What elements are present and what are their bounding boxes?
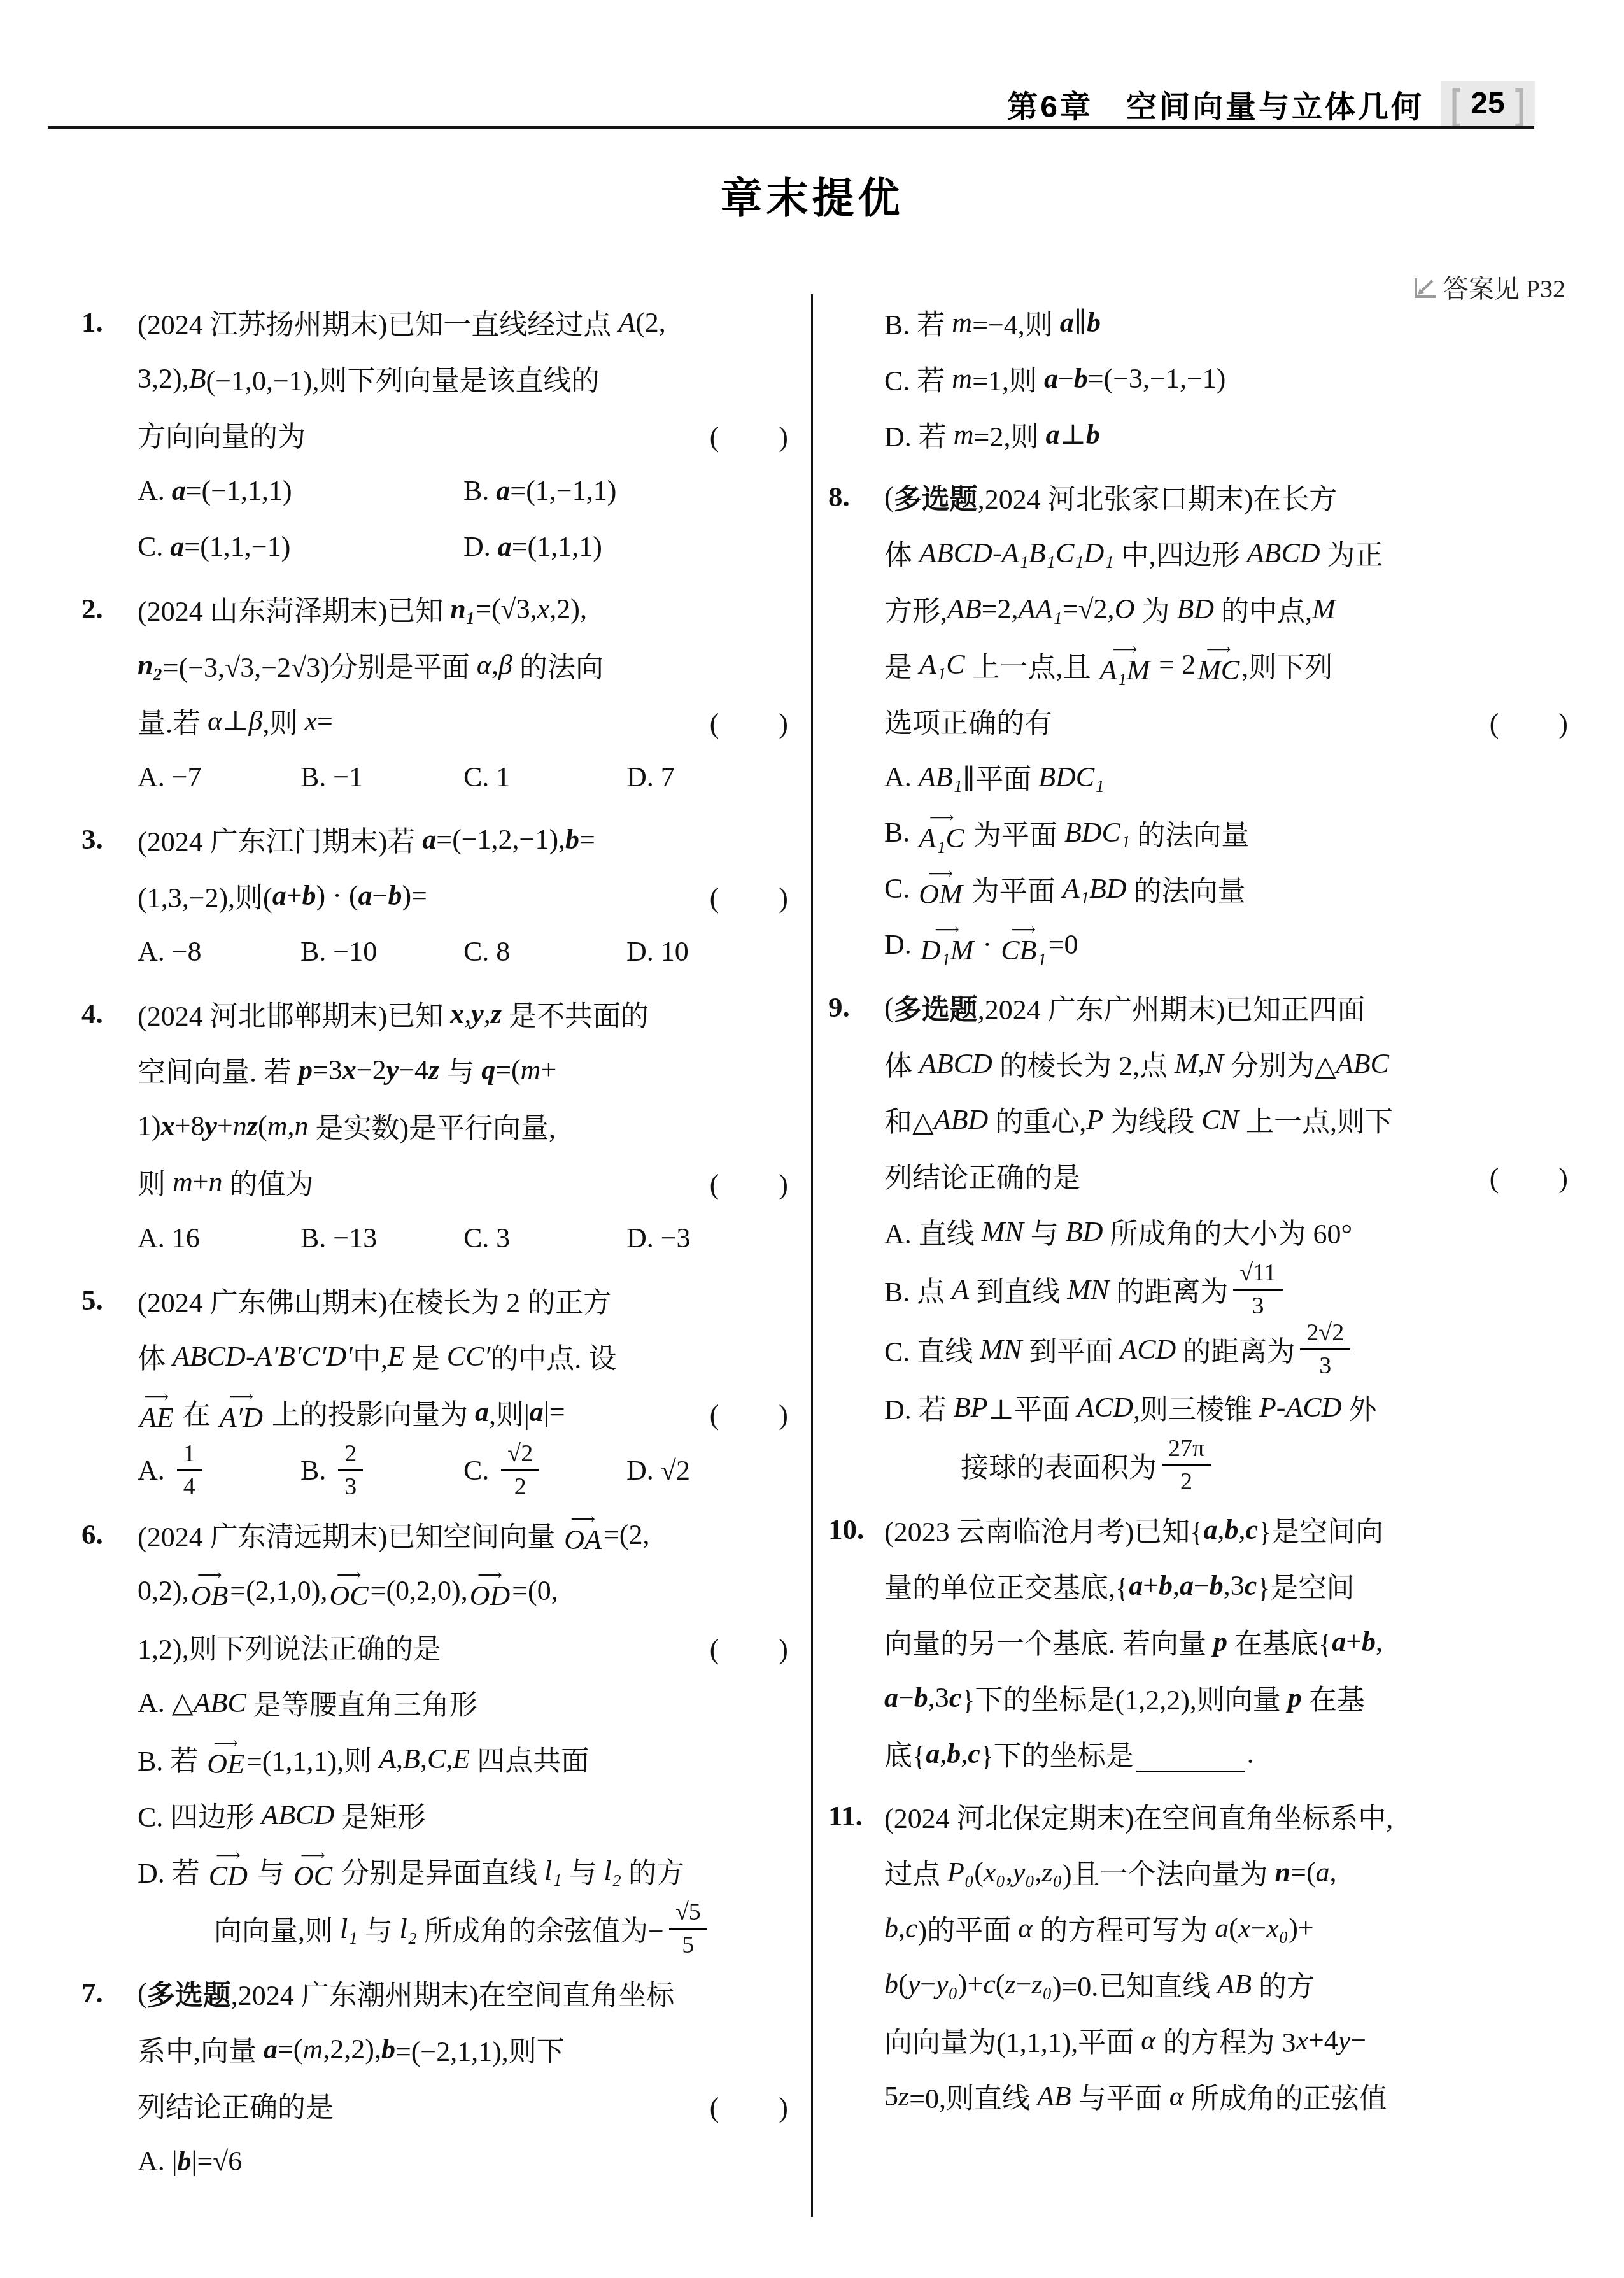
math-var: N bbox=[1205, 1047, 1224, 1080]
line-content: (多选题,2024 广东潮州期末)在空间直角坐标 bbox=[138, 1972, 674, 2013]
math-var: z₀ bbox=[1031, 1968, 1052, 2000]
math-bold-var: a bbox=[172, 474, 186, 507]
vector-name: AE bbox=[139, 1404, 174, 1431]
text: 列结论正确的是 bbox=[884, 1155, 1080, 1196]
math-var: ACD bbox=[1120, 1333, 1176, 1366]
math-var: BD bbox=[1066, 1215, 1103, 1248]
text: 在 bbox=[176, 1392, 218, 1433]
problem-line: D. 若 BP⊥平面 ACD,则三棱锥 P-ACD 外 bbox=[884, 1379, 1569, 1435]
problem-line: 空间向量. 若 p=3x−2y−4z 与 q=(m+ bbox=[138, 1042, 789, 1098]
math-var: a bbox=[1215, 1912, 1229, 1944]
text: + bbox=[217, 1110, 233, 1142]
problem-line: 量.若 α⊥β,则 x=( ) bbox=[138, 693, 789, 749]
text: D. bbox=[884, 928, 919, 961]
text: , bbox=[1198, 1047, 1205, 1080]
text: ,2024 广东潮州期末)在空间直角坐标 bbox=[231, 1972, 675, 2013]
text: 四点共面 bbox=[470, 1738, 589, 1779]
text: 过点 bbox=[884, 1851, 947, 1892]
text: 外 bbox=[1341, 1387, 1376, 1427]
option-cell: D. a=(1,1,1) bbox=[463, 530, 789, 563]
text: 的方程为 3 bbox=[1155, 2020, 1296, 2060]
vector-notation: ⟶OB bbox=[191, 1567, 229, 1609]
text: · bbox=[976, 928, 999, 961]
vector-notation: ⟶CD bbox=[209, 1848, 248, 1890]
line-content: 是 A₁C 上一点,且 ⟶A₁M = 2⟶MC,则下列 bbox=[884, 644, 1332, 686]
vector-notation: ⟶AE bbox=[139, 1389, 174, 1431]
text: B. 若 bbox=[884, 302, 952, 343]
text: (2024 广东江门期末)若 bbox=[138, 819, 422, 860]
line-content: D. 若 m=2,则 a⊥b bbox=[884, 414, 1100, 455]
problem-line: b,c)的平面 α 的方程可写为 a(x−x₀)+ bbox=[884, 1900, 1569, 1956]
math-var: α bbox=[477, 649, 491, 681]
text: 的方 bbox=[621, 1850, 684, 1891]
header-rule bbox=[48, 126, 1534, 129]
text: ,则 bbox=[262, 700, 304, 741]
math-bold-var: b bbox=[302, 879, 316, 912]
text: 是 bbox=[884, 644, 919, 685]
line-content: 3,2),B(−1,0,−1),则下列向量是该直线的 bbox=[138, 358, 599, 399]
text: 是等腰直角三角形 bbox=[246, 1682, 477, 1723]
answer-blank bbox=[1136, 1743, 1245, 1772]
line-content: 量.若 α⊥β,则 x= bbox=[138, 700, 333, 741]
fraction-numerator: 27π bbox=[1162, 1435, 1211, 1466]
problem-line: 列结论正确的是( ) bbox=[138, 2077, 789, 2133]
text: ,2), bbox=[549, 593, 587, 625]
text: + bbox=[286, 879, 302, 912]
text: D. 10 bbox=[626, 935, 689, 968]
math-var: c bbox=[983, 1968, 996, 2000]
vector-name: OA bbox=[564, 1527, 602, 1553]
fraction-numerator: 1 bbox=[177, 1440, 202, 1471]
option-cell: A. 14 bbox=[138, 1440, 300, 1500]
math-var: b bbox=[884, 1912, 898, 1944]
text: , bbox=[464, 998, 471, 1030]
line-content: ⟶AE 在 ⟶A′D 上的投影向量为 a,则|a|= bbox=[138, 1391, 565, 1433]
text: 体 bbox=[884, 1043, 919, 1084]
text: |=√6 bbox=[192, 2145, 243, 2177]
text: =0 bbox=[1049, 928, 1078, 961]
text: , bbox=[484, 998, 491, 1030]
text: )且一个法向量为 bbox=[1063, 1851, 1275, 1892]
math-var: E bbox=[453, 1743, 470, 1775]
math-var: β bbox=[249, 705, 263, 737]
problem-line: C. 若 m=1,则 a−b=(−3,−1,−1) bbox=[884, 350, 1569, 406]
text: =(−2,1,1),则下 bbox=[395, 2028, 565, 2069]
math-bold-var: a bbox=[530, 1396, 544, 1428]
math-var: z bbox=[1005, 1968, 1016, 2000]
math-var: x bbox=[537, 593, 550, 625]
problem-line: (多选题,2024 河北张家口期末)在长方 bbox=[884, 469, 1569, 525]
math-var: x₀ bbox=[984, 1856, 1006, 1888]
text: D. 若 bbox=[884, 414, 954, 455]
text: 的值为 bbox=[223, 1161, 314, 1202]
math-bold-var: a bbox=[358, 879, 372, 912]
two-column-layout: 1.(2024 江苏扬州期末)已知一直线经过点 A(2,3,2),B(−1,0,… bbox=[81, 294, 1569, 2217]
fraction: 2√23 bbox=[1300, 1319, 1350, 1379]
fraction-denominator: 3 bbox=[1319, 1350, 1331, 1380]
line-content: C. ⟶OM 为平面 A₁BD 的法向量 bbox=[884, 868, 1246, 910]
page-title: 章末提优 bbox=[0, 164, 1624, 225]
text: =(1,−1,1) bbox=[510, 474, 616, 507]
problem-line: 体 ABCD-A₁B₁C₁D₁ 中,四边形 ABCD 为正 bbox=[884, 525, 1569, 581]
text: =(0,2,0), bbox=[371, 1574, 468, 1607]
text: (2024 山东菏泽期末)已知 bbox=[138, 588, 450, 629]
text: =( bbox=[278, 2033, 302, 2065]
option-cell: B. −1 bbox=[300, 761, 463, 793]
fraction: √22 bbox=[501, 1440, 539, 1500]
problem-line: B. 若 ⟶OE=(1,1,1),则 A,B,C,E 四点共面 bbox=[138, 1730, 789, 1786]
text: , bbox=[1035, 1856, 1042, 1888]
text: A. bbox=[138, 1454, 172, 1487]
problem-line: (多选题,2024 广东潮州期末)在空间直角坐标 bbox=[138, 1965, 789, 2021]
line-content: A. |b|=√6 bbox=[138, 2145, 242, 2177]
text: −2 bbox=[357, 1054, 386, 1086]
problem-item: 8.(多选题,2024 河北张家口期末)在长方体 ABCD-A₁B₁C₁D₁ 中… bbox=[828, 469, 1569, 973]
line-content: 系中,向量 a=(m,2,2),b=(−2,1,1),则下 bbox=[138, 2028, 565, 2069]
text: =(2,1,0), bbox=[230, 1574, 327, 1607]
text: )+ bbox=[1289, 1912, 1313, 1944]
problem-item: 3.(2024 广东江门期末)若 a=(−1,2,−1),b=(1,3,−2),… bbox=[81, 811, 789, 979]
option-cell: A. 16 bbox=[138, 1222, 300, 1254]
math-var: ABCD bbox=[261, 1799, 334, 1831]
line-content: D. 若 BP⊥平面 ACD,则三棱锥 P-ACD 外 bbox=[884, 1387, 1376, 1427]
text: =(√3, bbox=[476, 593, 537, 625]
text: =0,则直线 bbox=[909, 2076, 1037, 2116]
problem-line: b(y−y₀)+c(z−z₀)=0.已知直线 AB 的方 bbox=[884, 1956, 1569, 2012]
option-cell: B. a=(1,−1,1) bbox=[463, 474, 789, 507]
problem-line: 是 A₁C 上一点,且 ⟶A₁M = 2⟶MC,则下列 bbox=[884, 637, 1569, 693]
line-content: 向量的另一个基底. 若向量 p 在基底{a+b, bbox=[884, 1621, 1383, 1662]
problem-line: 体 ABCD 的棱长为 2,点 M,N 分别为△ABC bbox=[884, 1035, 1569, 1091]
text: B. −1 bbox=[300, 761, 363, 793]
line-content: (1,3,−2),则(a+b) · (a−b)= bbox=[138, 875, 427, 916]
math-var: z₀ bbox=[1042, 1856, 1063, 1888]
text: C. bbox=[884, 872, 917, 905]
problem-line: 方形,AB=2,AA₁=√2,O 为 BD 的中点,M bbox=[884, 581, 1569, 637]
line-content: 列结论正确的是 bbox=[884, 1155, 1080, 1196]
badge-right-bracket: ] bbox=[1515, 83, 1525, 125]
text: 空间向量. 若 bbox=[138, 1049, 299, 1090]
math-var: AB bbox=[1217, 1968, 1252, 2000]
math-var: C bbox=[427, 1743, 446, 1775]
line-content: a−b,3c}下的坐标是(1,2,2),则向量 p 在基 bbox=[884, 1677, 1365, 1718]
math-var: A′B′C′D′ bbox=[255, 1340, 353, 1373]
vector-name: OM bbox=[919, 881, 962, 908]
answer-paren: ( ) bbox=[710, 700, 789, 741]
text: =√2, bbox=[1063, 593, 1115, 625]
text: B. 点 bbox=[884, 1269, 952, 1310]
text: 底{ bbox=[884, 1733, 926, 1774]
text: , bbox=[1238, 1513, 1245, 1546]
vector-notation: ⟶OE bbox=[207, 1736, 244, 1778]
text: 中, bbox=[353, 1336, 388, 1376]
text: ,2024 河北张家口期末)在长方 bbox=[978, 476, 1338, 517]
line-content: (多选题,2024 广东广州期末)已知正四面 bbox=[884, 987, 1365, 1028]
text: B. bbox=[463, 474, 496, 507]
text: 选项正确的有 bbox=[884, 700, 1052, 741]
line-content: 和△ABD 的重心,P 为线段 CN 上一点,则下 bbox=[884, 1099, 1393, 1140]
option-cell: C. √22 bbox=[463, 1440, 626, 1500]
problem-number: 6. bbox=[81, 1506, 103, 1562]
math-bold-var: x bbox=[161, 1110, 175, 1142]
math-var: ABCD bbox=[919, 537, 992, 569]
line-content: (2024 广东佛山期末)在棱长为 2 的正方 bbox=[138, 1280, 611, 1320]
math-bold-var: a bbox=[1060, 306, 1074, 339]
math-var: ACD bbox=[1077, 1391, 1133, 1424]
problem-line: (2024 河北邯郸期末)已知 x,y,z 是不共面的 bbox=[138, 986, 789, 1042]
text: C. 1 bbox=[463, 761, 510, 793]
vector-notation: ⟶OM bbox=[919, 866, 962, 908]
math-var: M bbox=[1175, 1047, 1198, 1080]
emphasis-bold: 多选题 bbox=[894, 476, 978, 517]
line-content: 量的单位正交基底,{a+b,a−b,3c}是空间 bbox=[884, 1565, 1354, 1606]
problem-number: 11. bbox=[828, 1788, 863, 1844]
text: (−1,0,−1),则下列向量是该直线的 bbox=[206, 358, 600, 399]
text: 与 bbox=[250, 1850, 292, 1891]
line-content: B. 若 m=−4,则 a∥b bbox=[884, 302, 1101, 343]
vector-notation: ⟶OD bbox=[470, 1567, 511, 1609]
math-bold-var: b bbox=[381, 2033, 395, 2065]
problem-line: (2024 广东清远期末)已知空间向量 ⟶OA=(2, bbox=[138, 1506, 789, 1562]
text: − bbox=[1250, 1912, 1266, 1944]
text: 与平面 bbox=[1071, 2076, 1169, 2116]
math-bold-var: b bbox=[1087, 306, 1101, 339]
problem-line: a−b,3c}下的坐标是(1,2,2),则向量 p 在基 bbox=[884, 1669, 1569, 1725]
text: + bbox=[540, 1054, 556, 1086]
text: , bbox=[420, 1743, 427, 1775]
text: =3 bbox=[313, 1054, 342, 1086]
problem-item: 2.(2024 山东菏泽期末)已知 n₁=(√3,x,2),n₂=(−3,√3,… bbox=[81, 581, 789, 805]
math-var: l₂ bbox=[604, 1855, 622, 1887]
text: =−4,则 bbox=[972, 302, 1060, 343]
vector-notation: ⟶A₁M bbox=[1100, 642, 1150, 684]
text: =2,则 bbox=[974, 414, 1046, 455]
math-bold-var: c bbox=[968, 1737, 980, 1770]
text: =2, bbox=[982, 593, 1019, 625]
math-bold-var: a bbox=[264, 2033, 278, 2065]
math-bold-var: z bbox=[247, 1110, 258, 1142]
text: )的平面 bbox=[918, 1907, 1019, 1948]
option-cell: B. −13 bbox=[300, 1222, 463, 1254]
text: , bbox=[396, 1743, 403, 1775]
problem-item: B. 若 m=−4,则 a∥bC. 若 m=1,则 a−b=(−3,−1,−1)… bbox=[828, 294, 1569, 462]
problem-number: 7. bbox=[81, 1965, 103, 2021]
math-var: A bbox=[379, 1743, 396, 1775]
text: , bbox=[1330, 1856, 1337, 1888]
math-bold-var: a bbox=[170, 530, 184, 563]
text: 到平面 bbox=[1022, 1329, 1120, 1369]
problem-number: 5. bbox=[81, 1272, 103, 1328]
math-var: E bbox=[388, 1340, 405, 1373]
vector-notation: ⟶D₁M bbox=[921, 922, 974, 964]
vector-name: OE bbox=[207, 1751, 244, 1778]
text: 所成角的余弦值为− bbox=[417, 1908, 664, 1949]
math-var: c bbox=[905, 1912, 918, 1944]
fraction-numerator: √5 bbox=[669, 1899, 707, 1930]
math-var: CC′ bbox=[447, 1340, 490, 1373]
text: , bbox=[940, 1737, 947, 1770]
problem-line: 过点 P₀(x₀,y₀,z₀)且一个法向量为 n=(a, bbox=[884, 1844, 1569, 1900]
text: 系中,向量 bbox=[138, 2028, 264, 2069]
vector-name: A₁C bbox=[919, 825, 964, 852]
math-var: BD bbox=[1176, 593, 1214, 625]
math-var: A bbox=[618, 306, 635, 339]
text: 的法向 bbox=[512, 644, 604, 685]
line-content: D. ⟶D₁M · ⟶CB₁=0 bbox=[884, 924, 1078, 966]
problem-line: 向量的另一个基底. 若向量 p 在基底{a+b, bbox=[884, 1613, 1569, 1669]
math-bold-var: y bbox=[204, 1110, 217, 1142]
text: 5 bbox=[884, 2080, 898, 2112]
math-var: α bbox=[208, 705, 222, 737]
text: 的重心, bbox=[988, 1099, 1086, 1140]
fraction-denominator: 3 bbox=[1252, 1291, 1264, 1320]
math-bold-var: b bbox=[388, 879, 402, 912]
text: =1,则 bbox=[972, 358, 1044, 399]
vector-notation: ⟶CB₁ bbox=[1001, 922, 1047, 964]
line-content: b(y−y₀)+c(z−z₀)=0.已知直线 AB 的方 bbox=[884, 1963, 1315, 2004]
math-var: AB bbox=[1037, 2080, 1071, 2112]
problem-line: (2024 广东江门期末)若 a=(−1,2,−1),b= bbox=[138, 811, 789, 867]
text: =(1,1,1),则 bbox=[246, 1738, 379, 1779]
problem-item: 9.(多选题,2024 广东广州期末)已知正四面体 ABCD 的棱长为 2,点 … bbox=[828, 979, 1569, 1495]
line-content: (2024 江苏扬州期末)已知一直线经过点 A(2, bbox=[138, 302, 666, 343]
problem-line: A. a=(−1,1,1)B. a=(1,−1,1) bbox=[138, 462, 789, 518]
text: ( bbox=[996, 1968, 1005, 2000]
option-cell: A. a=(−1,1,1) bbox=[138, 474, 463, 507]
page-number: 25 bbox=[1471, 88, 1504, 119]
text: 是矩形 bbox=[334, 1794, 425, 1835]
text: 1) bbox=[138, 1110, 161, 1142]
text: )+ bbox=[958, 1968, 983, 2000]
text: , bbox=[961, 1737, 968, 1770]
problem-number: 1. bbox=[81, 294, 103, 350]
text: ,2,2), bbox=[323, 2033, 381, 2065]
fraction-denominator: 2 bbox=[514, 1471, 526, 1501]
text: D. 7 bbox=[626, 761, 675, 793]
line-content: C. 若 m=1,则 a−b=(−3,−1,−1) bbox=[884, 358, 1225, 399]
problem-line: 3,2),B(−1,0,−1),则下列向量是该直线的 bbox=[138, 350, 789, 406]
page-number-badge: [ 25 ] bbox=[1441, 81, 1535, 126]
problem-item: 7.(多选题,2024 广东潮州期末)在空间直角坐标系中,向量 a=(m,2,2… bbox=[81, 1965, 789, 2189]
problem-line: (2024 山东菏泽期末)已知 n₁=(√3,x,2), bbox=[138, 581, 789, 637]
problem-line: 系中,向量 a=(m,2,2),b=(−2,1,1),则下 bbox=[138, 2021, 789, 2077]
text: ⊥ bbox=[1059, 418, 1085, 451]
math-bold-var: a bbox=[926, 1737, 940, 1770]
text: 方向向量的为 bbox=[138, 414, 306, 455]
problem-item: 11.(2024 河北保定期末)在空间直角坐标系中,过点 P₀(x₀,y₀,z₀… bbox=[828, 1788, 1569, 2124]
math-var: m bbox=[952, 306, 972, 339]
line-content: (2023 云南临沧月考)已知{a,b,c}是空间向 bbox=[884, 1509, 1383, 1550]
line-content: b,c)的平面 α 的方程可写为 a(x−x₀)+ bbox=[884, 1907, 1314, 1948]
text: 所成角的正弦值 bbox=[1184, 2076, 1387, 2116]
text: =(−3,−1,−1) bbox=[1088, 362, 1226, 395]
math-bold-var: a bbox=[475, 1396, 489, 1428]
text: 的中点, bbox=[1214, 588, 1312, 629]
text: , bbox=[446, 1743, 453, 1775]
math-bold-var: b bbox=[947, 1737, 961, 1770]
problem-item: 10.(2023 云南临沧月考)已知{a,b,c}是空间向量的单位正交基底,{a… bbox=[828, 1501, 1569, 1781]
option-cell: B. −10 bbox=[300, 935, 463, 968]
math-var: n bbox=[209, 1166, 223, 1198]
text: − bbox=[1058, 362, 1074, 395]
line-content: 体 ABCD-A′B′C′D′中,E 是 CC′的中点. 设 bbox=[138, 1336, 616, 1376]
line-content: n₂=(−3,√3,−2√3)分别是平面 α,β 的法向 bbox=[138, 644, 604, 685]
vector-name: CD bbox=[209, 1863, 248, 1890]
text: ∥平面 bbox=[963, 756, 1038, 797]
math-var: MN bbox=[982, 1215, 1024, 1248]
text: , bbox=[1376, 1625, 1383, 1658]
math-var: l₁ bbox=[340, 1913, 358, 1945]
math-bold-var: a bbox=[498, 530, 512, 563]
math-var: l₂ bbox=[400, 1913, 418, 1945]
text: 中,四边形 bbox=[1114, 532, 1247, 573]
text: ( bbox=[974, 1856, 984, 1888]
line-content: 体 ABCD-A₁B₁C₁D₁ 中,四边形 ABCD 为正 bbox=[884, 532, 1383, 573]
line-content: D. 若 ⟶CD 与 ⟶OC 分别是异面直线 l₁ 与 l₂ 的方 bbox=[138, 1850, 684, 1892]
text: B. 若 bbox=[138, 1738, 205, 1779]
math-var: A₁C bbox=[919, 648, 965, 681]
problem-line: (2024 河北保定期末)在空间直角坐标系中, bbox=[884, 1788, 1569, 1844]
math-var: BDC₁ bbox=[1038, 761, 1104, 793]
text: ( bbox=[258, 1110, 267, 1142]
text: 与 bbox=[1024, 1211, 1066, 1252]
math-bold-var: a bbox=[1044, 362, 1058, 395]
math-var: m bbox=[952, 362, 972, 395]
math-var: α bbox=[1141, 2024, 1155, 2056]
text: + bbox=[1143, 1569, 1159, 1602]
problem-line: (2023 云南临沧月考)已知{a,b,c}是空间向 bbox=[884, 1501, 1569, 1557]
line-content: B. 点 A 到直线 MN 的距离为√113 bbox=[884, 1259, 1288, 1319]
line-content: 1)x+8y+nz(m,n 是实数)是平行向量, bbox=[138, 1105, 556, 1146]
text: 到直线 bbox=[969, 1269, 1067, 1310]
math-bold-var: z bbox=[491, 998, 502, 1030]
text: C. 四边形 bbox=[138, 1794, 261, 1835]
text: ( bbox=[1229, 1912, 1238, 1944]
text: =(1,1,1) bbox=[512, 530, 602, 563]
math-var: M bbox=[1312, 593, 1336, 625]
problem-line: D. ⟶D₁M · ⟶CB₁=0 bbox=[884, 917, 1569, 973]
text: A. −8 bbox=[138, 935, 202, 968]
problem-line: 选项正确的有( ) bbox=[884, 693, 1569, 749]
line-content: 方向向量的为 bbox=[138, 414, 306, 455]
math-var: ABCD bbox=[173, 1340, 246, 1373]
math-var: x bbox=[1238, 1912, 1251, 1944]
math-var: P bbox=[1086, 1103, 1103, 1136]
problem-line: D. 若 ⟶CD 与 ⟶OC 分别是异面直线 l₁ 与 l₂ 的方 bbox=[138, 1843, 789, 1899]
problem-line: 向向量为(1,1,1),平面 α 的方程为 3x+4y− bbox=[884, 2012, 1569, 2068]
line-content: 向向量为(1,1,1),平面 α 的方程为 3x+4y− bbox=[884, 2020, 1366, 2060]
problem-line: C. ⟶OM 为平面 A₁BD 的法向量 bbox=[884, 861, 1569, 917]
math-var: AB bbox=[947, 593, 982, 625]
problem-line: (2024 广东佛山期末)在棱长为 2 的正方 bbox=[138, 1272, 789, 1328]
emphasis-bold: 多选题 bbox=[147, 1972, 231, 2013]
text: ,则三棱锥 bbox=[1133, 1387, 1259, 1427]
math-var: n bbox=[233, 1110, 247, 1142]
math-var: B bbox=[403, 1743, 420, 1775]
problem-line: D. 若 m=2,则 a⊥b bbox=[884, 406, 1569, 462]
text: B. bbox=[300, 1454, 333, 1487]
text: 向向量,则 bbox=[214, 1908, 340, 1949]
badge-left-bracket: [ bbox=[1451, 83, 1460, 125]
math-bold-var: b bbox=[1074, 362, 1088, 395]
option-cell: D. 7 bbox=[626, 761, 789, 793]
math-bold-var: c bbox=[1245, 1513, 1258, 1546]
text: }下的坐标是(1,2,2),则向量 bbox=[961, 1677, 1287, 1718]
text: 3,2), bbox=[138, 362, 189, 395]
workbook-page: 第6章 空间向量与立体几何 [ 25 ] 章末提优 答案见 P32 1.(202… bbox=[0, 0, 1624, 2278]
text: ⊥平面 bbox=[988, 1387, 1077, 1427]
option-cell: C. a=(1,1,−1) bbox=[138, 530, 463, 563]
